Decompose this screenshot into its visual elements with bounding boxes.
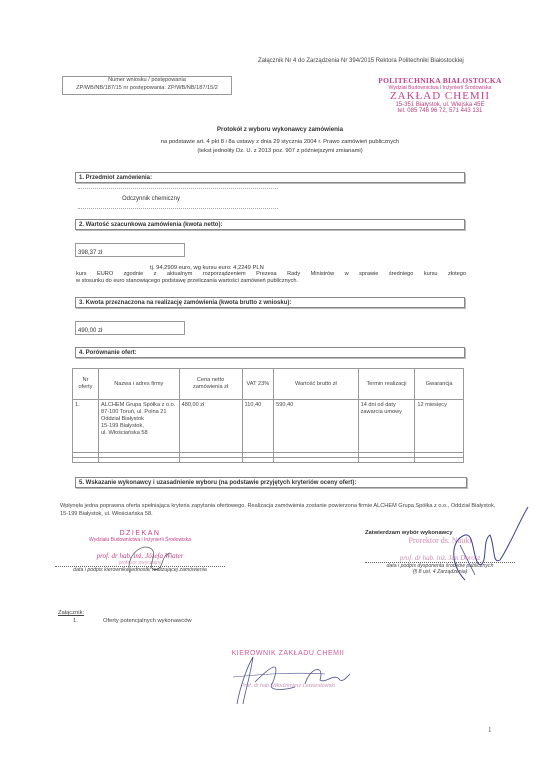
company-line: 15-199 Białystok, bbox=[101, 423, 177, 430]
gross-value: 590,40 bbox=[274, 400, 359, 453]
stamp-university: POLITECHNIKA BIAŁOSTOCKA bbox=[350, 76, 530, 85]
approver-name: prof. dr hab. inż. Jan Dorosz bbox=[365, 554, 515, 562]
dotted-line bbox=[78, 188, 278, 189]
company-line: ul. Włościańska 58 bbox=[101, 430, 177, 437]
dean-name: prof. dr hab. inż. Józefa Wiater bbox=[55, 552, 225, 560]
annex-note: Załącznik Nr 4 do Zarządzenia Nr 394/201… bbox=[258, 58, 464, 64]
net-price: 480,00 zł bbox=[179, 400, 242, 453]
attachments-heading: Załącznik: bbox=[58, 610, 192, 616]
title-basis: na podstawie art. 4 pkt 8 i 8a ustawy z … bbox=[130, 138, 430, 147]
column-header: Gwarancja bbox=[415, 369, 464, 400]
subject-value: Odczynnik chemiczny bbox=[122, 196, 180, 202]
column-header: VAT 23% bbox=[242, 369, 274, 400]
attachment-label: Oferty potencjalnych wykonawców bbox=[103, 618, 192, 624]
title-main: Protokół z wyboru wykonawcy zamówienia bbox=[130, 126, 430, 133]
exchange-note-line2: w stosunku do euro stanowiącego podstawę… bbox=[76, 278, 466, 285]
institution-stamp: POLITECHNIKA BIAŁOSTOCKA Wydział Budowni… bbox=[350, 76, 530, 114]
prorector-stamp: Prorektor ds. Nauki bbox=[365, 536, 515, 545]
section-3-heading: 3. Kwota przeznaczona na realizację zamó… bbox=[75, 297, 465, 308]
vat-amount: 110,40 bbox=[242, 400, 274, 453]
stamp-department: ZAKŁAD CHEMII bbox=[350, 91, 530, 102]
exchange-note-line1: kurs EURO zgodnie z aktualnym rozporządz… bbox=[76, 271, 466, 278]
table-row-empty bbox=[73, 458, 464, 463]
dean-stamp-faculty: Wydziału Budownictwa i Inżynierii Środow… bbox=[55, 537, 225, 543]
reference-box: Numer wniosku / postępowania ZP/WB/NB/18… bbox=[62, 76, 232, 95]
company-line: ALCHEM Grupa Spółka z o.o. bbox=[101, 402, 177, 409]
column-header: Wartość brutto zł bbox=[274, 369, 359, 400]
table-header-row: Nr oferty Nazwa i adres firmy Cena netto… bbox=[73, 369, 464, 400]
attachments: Załącznik: 1.Oferty potencjalnych wykona… bbox=[58, 610, 192, 624]
head-name: Prof. dr hab. Włodzimierz Lewandowski bbox=[218, 683, 358, 689]
delivery-term: 14 dni od daty zawarcia umowy bbox=[358, 400, 415, 453]
title-legal-text: (tekst jednolity Dz. U. z 2013 poz. 907 … bbox=[130, 147, 430, 156]
company-line: 87-100 Toruń, ul. Polna 21 bbox=[101, 409, 177, 416]
dean-signature-block: DZIEKAN Wydziału Budownictwa i Inżynieri… bbox=[55, 530, 225, 573]
signature-caption-ref: (§ 8 ust. 4 Zarządzenia) bbox=[365, 569, 515, 575]
offer-number: 1. bbox=[73, 400, 99, 453]
estimated-value-box: 398,37 zł bbox=[75, 243, 185, 257]
dean-stamp-title: DZIEKAN bbox=[55, 530, 225, 537]
document-title: Protokół z wyboru wykonawcy zamówienia n… bbox=[130, 126, 430, 156]
budget-value-box: 490,00 zł bbox=[75, 321, 185, 335]
column-header: Cena netto zamówienia zł bbox=[179, 369, 242, 400]
section-2-heading: 2. Wartość szacunkowa zamówienia (kwota … bbox=[75, 219, 465, 230]
column-header: Nr oferty bbox=[73, 369, 99, 400]
section-5-heading: 5. Wskazanie wykonawcy i uzasadnienie wy… bbox=[75, 477, 467, 488]
warranty: 12 miesięcy bbox=[415, 400, 464, 453]
table-row: 1. ALCHEM Grupa Spółka z o.o. 87-100 Tor… bbox=[73, 400, 464, 453]
stamp-phone: tel. 085 746 96 72, 571 443 131 bbox=[350, 108, 530, 114]
section-4-heading: 4. Porównanie ofert: bbox=[75, 347, 465, 358]
head-signature-block: KIEROWNIK ZAKŁADU CHEMII Prof. dr hab. W… bbox=[218, 650, 358, 689]
company-line: Oddział Białystok bbox=[101, 416, 177, 423]
company-address: ALCHEM Grupa Spółka z o.o. 87-100 Toruń,… bbox=[98, 400, 179, 453]
page-number: 1 bbox=[488, 726, 492, 734]
signature-caption: data i podpis kierownika jednostki reali… bbox=[55, 567, 225, 573]
justification-text: Wpłynęła jedna poprawna oferta spełniają… bbox=[60, 503, 500, 518]
dotted-line bbox=[78, 208, 278, 209]
column-header: Nazwa i adres firmy bbox=[98, 369, 179, 400]
offers-table: Nr oferty Nazwa i adres firmy Cena netto… bbox=[72, 368, 464, 463]
reference-label: Numer wniosku / postępowania bbox=[63, 77, 231, 85]
approver-signature-block: Zatwierdzam wybór wykonawcy Prorektor ds… bbox=[365, 530, 515, 575]
head-stamp: KIEROWNIK ZAKŁADU CHEMII bbox=[218, 650, 358, 657]
attachment-number: 1. bbox=[73, 618, 103, 624]
section-1-heading: 1. Przedmiot zamówienia: bbox=[75, 172, 465, 183]
attachment-item: 1.Oferty potencjalnych wykonawców bbox=[73, 618, 192, 624]
reference-value: ZP/WB/NB/187/15 nr postępowania: ZP/WB/N… bbox=[63, 85, 231, 93]
column-header: Termin realizacji bbox=[358, 369, 415, 400]
